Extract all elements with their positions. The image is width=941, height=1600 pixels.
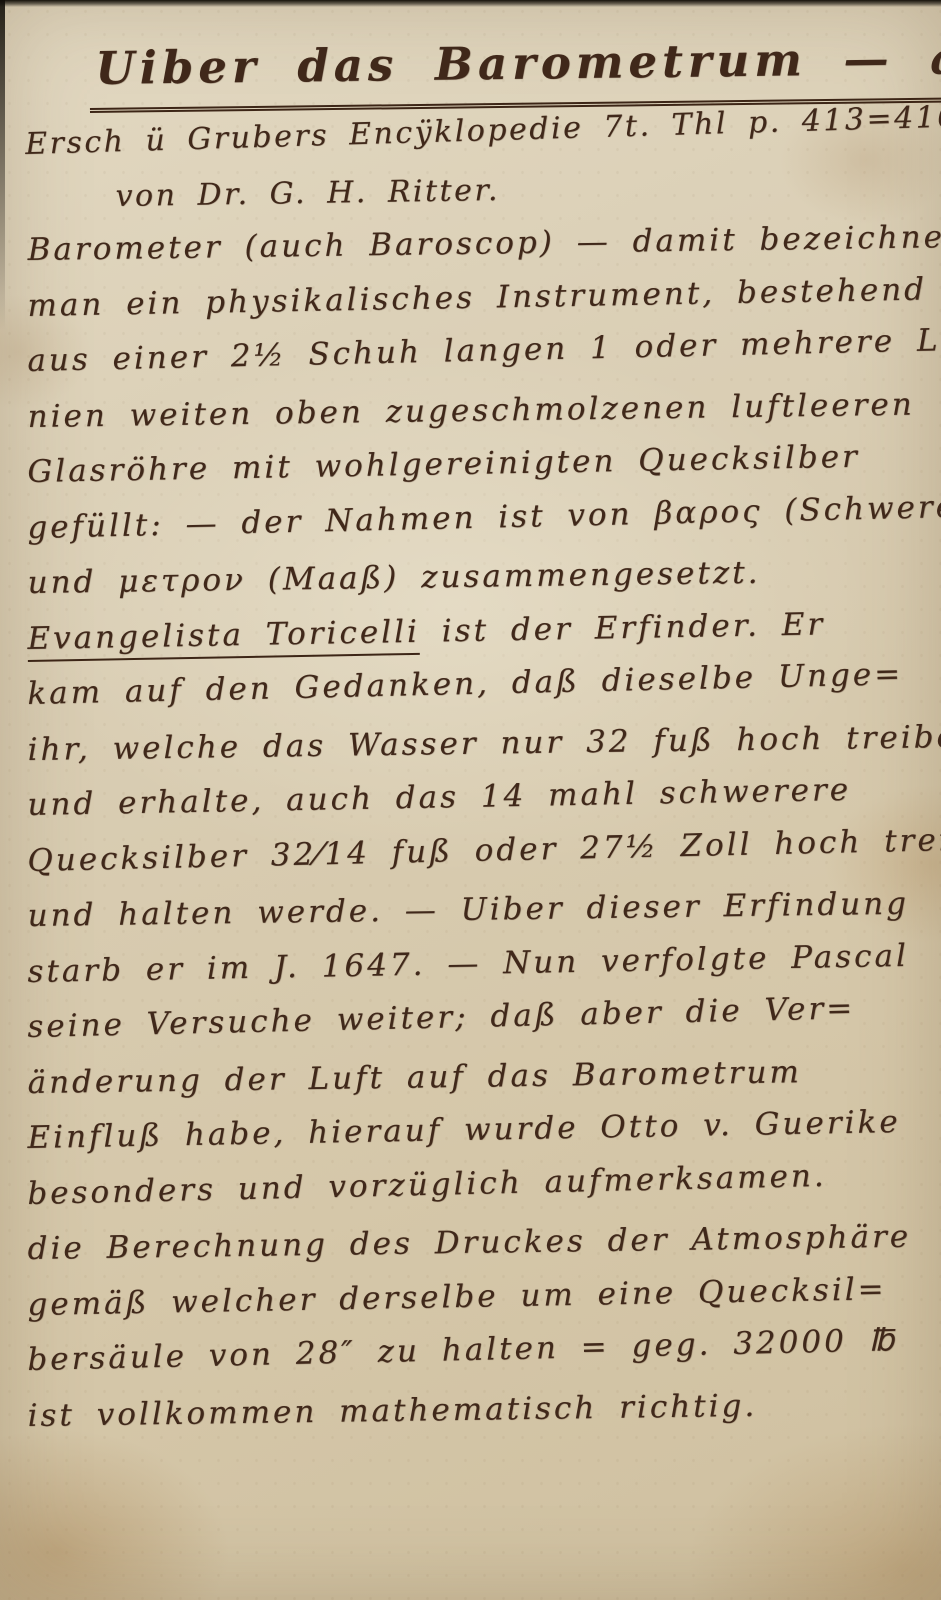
manuscript-page: Uiber das Barometrum — aus Ersch ü Grube… [0, 0, 941, 1600]
scan-edge-top [0, 0, 941, 7]
body-text: Barometer (auch Baroscop) — damit bezeic… [24, 223, 929, 1444]
scan-edge-left [0, 0, 5, 330]
line-rest: ist der Erfinder. Er [420, 606, 826, 649]
underlined-name: Evangelista Toricelli [27, 613, 420, 661]
header-lines: Ersch ü Grubers Encÿklopedie 7t. Thl p. … [24, 119, 929, 223]
manuscript-line: ist vollkommen mathematisch richtig. [27, 1376, 929, 1444]
manuscript-content: Uiber das Barometrum — aus Ersch ü Grube… [24, 26, 929, 1444]
